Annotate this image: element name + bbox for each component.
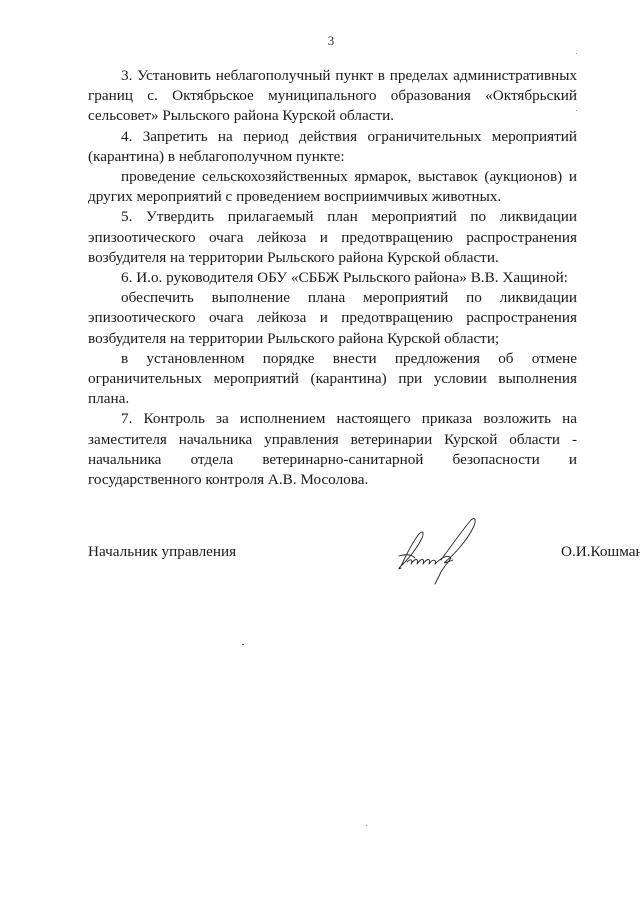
paragraph-item-6-task-1: обеспечить выполнение плана мероприятий … [88, 288, 577, 349]
signature-block: Начальник управления О.И.Кошманов [88, 540, 577, 580]
paragraph-item-7: 7. Контроль за исполнением настоящего пр… [88, 409, 577, 490]
scan-artifact [366, 825, 367, 826]
scan-artifact [576, 53, 577, 54]
handwritten-signature-icon [391, 514, 487, 590]
scan-artifact [242, 644, 244, 645]
paragraph-item-5: 5. Утвердить прилагаемый план мероприяти… [88, 207, 577, 268]
paragraph-item-6: 6. И.о. руководителя ОБУ «СББЖ Рыльского… [88, 268, 577, 288]
paragraph-item-4: 4. Запретить на период действия ограничи… [88, 127, 577, 167]
paragraph-item-3: 3. Установить неблагополучный пункт в пр… [88, 66, 577, 127]
paragraph-item-6-task-2: в установленном порядке внести предложен… [88, 349, 577, 410]
page-number: 3 [0, 33, 640, 49]
signatory-title: Начальник управления [88, 543, 236, 561]
scan-artifact [576, 110, 577, 111]
paragraph-item-4-detail: проведение сельскохозяйственных ярмарок,… [88, 167, 577, 207]
document-body: 3. Установить неблагополучный пункт в пр… [88, 66, 577, 490]
signatory-name: О.И.Кошманов [561, 543, 640, 561]
